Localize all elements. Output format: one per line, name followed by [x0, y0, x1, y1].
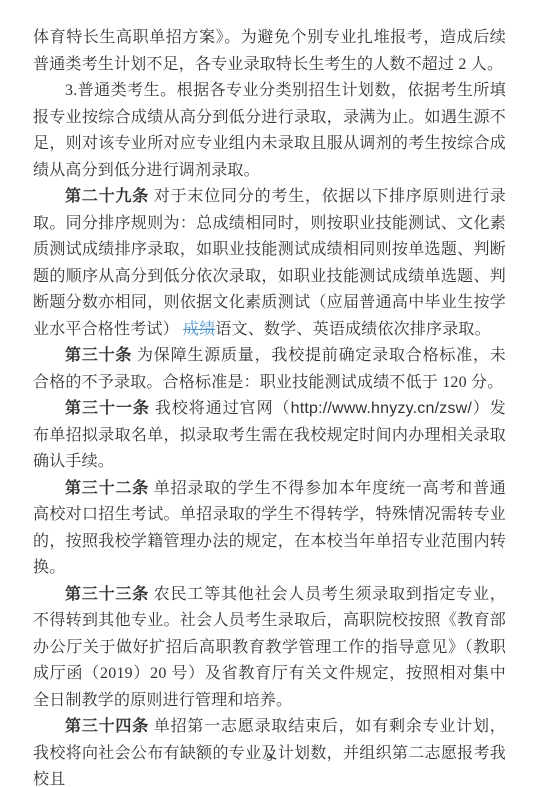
article-heading: 第三十条: [65, 347, 132, 364]
article-31: 第三十一条 我校将通过官网（http://www.hnyzy.cn/zsw/）发…: [33, 396, 506, 476]
text-run: 语文、数学、英语成绩依次排序录取。: [215, 321, 490, 338]
document-body: 体育特长生高职单招方案》。为避免个别专业扎堆报考，造成后续普通类考生计划不足，各…: [33, 25, 506, 787]
page-number: 9: [0, 750, 539, 765]
para-ordinary-candidates: 3.普通类考生。根据各专业分类别招生计划数，依据考生所填报专业按综合成绩从高分到…: [33, 78, 506, 184]
text-run: 对于末位同分的考生，依据以下排序原则进行录取。同分排序规则为：总成绩相同时，则按…: [33, 188, 506, 338]
text-run: 我校将通过官网（: [150, 400, 291, 417]
text-run: 体育特长生高职单招方案》。为避免个别专业扎堆报考，造成后续普通类考生计划不足，各…: [33, 29, 506, 73]
article-heading: 第二十九条: [65, 188, 149, 205]
text-run: 3.普通类考生。根据各专业分类别招生计划数，依据考生所填报专业按综合成绩从高分到…: [33, 82, 506, 179]
article-heading: 第三十三条: [65, 586, 149, 603]
document-page: 体育特长生高职单招方案》。为避免个别专业扎堆报考，造成后续普通类考生计划不足，各…: [0, 0, 539, 787]
text-run: 农民工等其他社会人员考生须录取到指定专业，不得转到其他专业。社会人员考生录取后，…: [33, 586, 506, 709]
article-heading: 第三十一条: [65, 400, 150, 417]
article-33: 第三十三条 农民工等其他社会人员考生须录取到指定专业，不得转到其他专业。社会人员…: [33, 582, 506, 715]
article-heading: 第三十四条: [65, 718, 149, 735]
article-30: 第三十条 为保障生源质量，我校提前确定录取合格标准，未合格的不予录取。合格标准是…: [33, 343, 506, 396]
article-32: 第三十二条 单招录取的学生不得参加本年度统一高考和普通高校对口招生考试。单招录取…: [33, 476, 506, 582]
para-continuation: 体育特长生高职单招方案》。为避免个别专业扎堆报考，造成后续普通类考生计划不足，各…: [33, 25, 506, 78]
article-heading: 第三十二条: [65, 480, 149, 497]
url-text: http://www.hnyzy.cn/zsw/: [291, 400, 472, 417]
deleted-text: 成绩: [183, 321, 215, 338]
article-29: 第二十九条 对于末位同分的考生，依据以下排序原则进行录取。同分排序规则为：总成绩…: [33, 184, 506, 343]
